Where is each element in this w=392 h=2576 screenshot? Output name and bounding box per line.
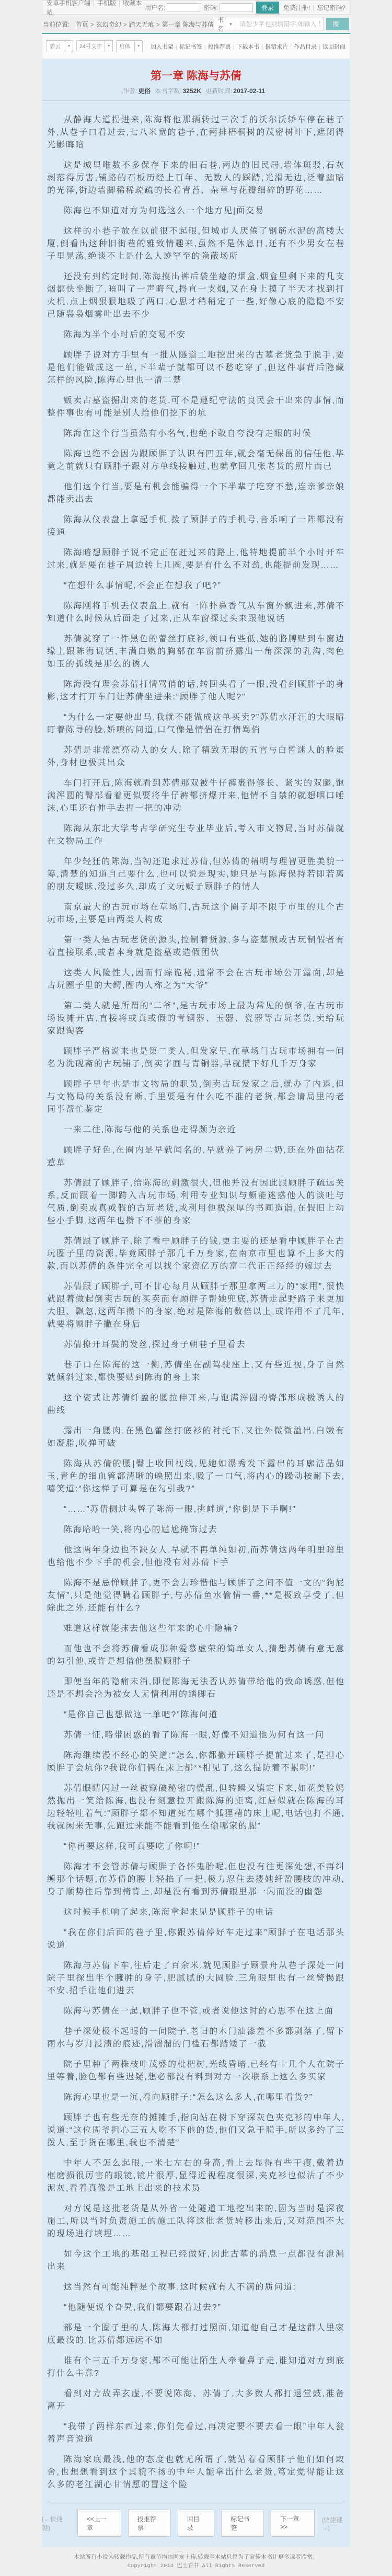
paragraph: 这个姿式让苏倩纤盈的腰拉伸开来,与饱满浑圆的臀部形成极诱人的曲线 xyxy=(47,1392,345,1417)
recommend-ticket-button[interactable]: 投推荐票 xyxy=(128,2510,171,2537)
chevron-down-icon: ▼ xyxy=(105,41,112,52)
separator: | xyxy=(119,0,120,7)
paragraph: “我在你们后面的巷子里,你跟苏倩停好车走过来”顾胖子在电话那头说道 xyxy=(47,1927,345,1952)
paragraph: 陈海哈哈一笑,将内心的尴尬掩饰过去 xyxy=(47,1524,345,1536)
chapter-title: 第一章 陈海与苏倩 xyxy=(42,59,350,86)
paragraph: 顾胖子早年也是市文物局的职员,倒卖古玩发家之后,就办了内退,但与文物局的关系没有… xyxy=(47,1078,345,1116)
paragraph: 露出一角腰肉,在黑色蕾丝打底衫的衬托下,又往外微微溢出,白嫩有如凝脂,吹弹可破 xyxy=(47,1425,345,1450)
paragraph: 谁有个三五千万身家,都不可能让陌生人牵着鼻子走,谁知道对方到底打什么主意? xyxy=(47,2355,345,2380)
paragraph: 陈海为半个小时后的交易不安 xyxy=(47,329,345,341)
pager: (←快捷键) <<上一章投推荐票回目录标记书签下一章>> (快捷键→) xyxy=(42,2502,350,2546)
paragraph: 年少轻狂的陈海,当初还追求过苏倩,但苏倩的精明与理智更胜美貌一筹,清楚的知道自己… xyxy=(47,856,345,893)
password-label: 密码: xyxy=(203,3,217,12)
paragraph: 苏倩跟了顾胖子,给陈海的刺激很大,但他并没有因此跟顾胖子疏远关系,反而跟着一脚跨… xyxy=(47,1177,345,1227)
paragraph: 陈海没有理会苏倩打情骂俏的话,转回头看了一眼,没看到顾胖子的身影,这才打开车门让… xyxy=(47,678,345,704)
toolbar-links: 加入书架|标记书签|投推荐票|下载本书|报错求片|作品目录|返回封面 xyxy=(151,42,345,51)
main-panel: 碧云 ▼ 24号文字 ▼ 启体 ▼ 加入书架|标记书签|投推荐票|下载本书|报错… xyxy=(42,33,350,2547)
page-container: 安卓手机客户端|手机版|收藏本站 用户名: 密码: 登录 免费注册! | 忘记密… xyxy=(42,0,350,2576)
paragraph: “……”苏倩侧过头瞥了陈海一眼,挑衅道,“你倒是下手啊!” xyxy=(47,1503,345,1516)
separator: | xyxy=(204,44,206,50)
search-button[interactable]: 搜索 xyxy=(326,18,349,30)
paragraph: 陈海也绝不会因为跟顾胖子认识有四五年,就会毫无保留的信任他,毕竟之前就只有顾胖子… xyxy=(47,448,345,473)
search-category-select[interactable]: 书名 ▼ xyxy=(214,18,236,30)
next-chapter-button[interactable]: 下一章>> xyxy=(271,2510,315,2537)
paragraph: 即便当年的隐痛未消,即便陈海无法否认苏倩带给他的致命诱惑,但他还是不想会沦为被女… xyxy=(47,1676,345,1701)
chevron-down-icon: ▼ xyxy=(65,41,73,52)
paragraph: 陈海家底最浅,他的态度也就无所谓了,就站着看顾胖子他们如何取舍,也想想看到这个其… xyxy=(47,2454,345,2491)
breadcrumb-separator: > xyxy=(90,21,94,28)
paragraph: 陈海才不会管苏倩与顾胖子各怀鬼胎呢,但也没有往更深处想,不再纠缠那个话题,在苏倩… xyxy=(47,1861,345,1899)
reader-toolbar: 碧云 ▼ 24号文字 ▼ 启体 ▼ 加入书架|标记书签|投推荐票|下载本书|报错… xyxy=(42,34,350,59)
paragraph: 陈海在这个行当虽然有小名气,也绝不敢自夸没有走眼的时候 xyxy=(47,428,345,440)
paragraph: 陈海与苏倩在一起,顾胖子也不管,或者说他这时的心思不在这上面 xyxy=(47,2005,345,2018)
paragraph: 陈海从仪表盘上拿起手机,拨了顾胖子的手机号,音乐响了一阵都没有接通 xyxy=(47,514,345,539)
paragraph: 一来二往,陈海与他的关系也走得颇为亲近 xyxy=(47,1124,345,1136)
breadcrumb-item-3[interactable]: 踏天无痕 xyxy=(129,21,154,28)
paragraph: 第一类人是古玩老货的源头,控制着货源,多与盗墓贼或古玩制假者有着直接联系,或者本… xyxy=(47,934,345,959)
paragraph: 陈海刚将手机丢仪表盘上,就有一阵扑鼻香气从车窗外飘进来,苏倩不知道什么时候从后面… xyxy=(47,600,345,625)
pager-buttons: <<上一章投推荐票回目录标记书签下一章>> xyxy=(77,2510,315,2537)
paragraph: 车门打开后,陈海就看到苏倩那双被牛仔裤裹得修长、紧实的双腿,饱满浑圆的臀部看着更… xyxy=(47,777,345,815)
breadcrumb-separator: > xyxy=(156,21,160,28)
toolbar-link-3[interactable]: 投推荐票 xyxy=(208,44,231,50)
toolbar-link-7[interactable]: 返回封面 xyxy=(322,44,345,50)
paragraph: 陈海与苏倩下车,往后走了百余米,就见顾胖子顾景舟从巷子深处一间院子里探出半个臃肿… xyxy=(47,1960,345,1997)
separator: | xyxy=(313,4,314,11)
updated-value: 2017-02-11 xyxy=(233,87,265,95)
paragraph: 顾胖子严格说来也是第二类人,但发家早,在草场门古玩市场拥有一间名为洗砚斋的古玩铺… xyxy=(47,1045,345,1071)
breadcrumb-item-2[interactable]: 玄幻奇幻 xyxy=(96,21,121,28)
paragraph: 这当然有可能纯粹是个故事,这时候就有人不满的质问道: xyxy=(47,2281,345,2294)
paragraph: 他这两年身边也不缺女人,早就不再单纯如初,而苏倩这两年明里暗里也给他不少下手的机… xyxy=(47,1544,345,1569)
paragraph: “我带了两样东西过来,你们先看过,再决定要不要去看一眼”中年人瓮着声音说道 xyxy=(47,2421,345,2446)
footer-copyright: Copyright 2014 巴士看书 All Rights Reserved xyxy=(42,2562,350,2571)
search-bar: 书名 ▼ 搜索 xyxy=(214,18,349,30)
author-label: 作者: xyxy=(123,87,137,95)
paragraph: 陈海从苏倩的腰|臀上收回视线,见她如瀑秀发下露出的耳廓洁晶如玉,青色的细血管都清… xyxy=(47,1458,345,1496)
chapter-meta: 作者:更俗本书字数:3252K更新时间:2017-02-11 xyxy=(42,86,350,100)
updated-label: 更新时间: xyxy=(205,87,232,95)
fontsize-select[interactable]: 24号文字 ▼ xyxy=(76,40,113,52)
paragraph: “为什么一定要他出马,我就不能做成这单买卖?”苏倩水汪汪的大眼睛盯着陈寻的脸,娇… xyxy=(47,711,345,737)
paragraph: 如今这个工地的基础工程已经做好,因此古墓的消息一点都没有泄漏出来 xyxy=(47,2248,345,2273)
reading-area: 第一章 陈海与苏倩 作者:更俗本书字数:3252K更新时间:2017-02-11… xyxy=(42,59,350,2546)
paragraph: “你再要这样,我可真要吃了你啊!” xyxy=(47,1841,345,1853)
breadcrumb-row: 当前位置: 首页>玄幻奇幻>踏天无痕>第一章 陈海与苏倩 书名 ▼ 搜索 xyxy=(42,15,350,33)
paragraph: 陈海心里也是一沉,看向顾胖子:“怎么这么多人,在哪里看货?” xyxy=(47,2091,345,2104)
paragraph: 顾胖子也有些无奈的摊摊手,指向站在树下穿深灰色夹克衫的中年人,说道:“这位周爷担… xyxy=(47,2112,345,2149)
wordcount-label: 本书字数: xyxy=(155,87,181,95)
paragraph: 还没有到约定时间,陈海摸出裤后袋坐瘪的烟盒,烟盒里剩下来的几支烟都快坐断了,暗叫… xyxy=(47,271,345,321)
breadcrumb-item-4: 第一章 陈海与苏倩 xyxy=(162,21,214,28)
paragraph: 陈海也不知道对方为何选这么一个地方见|面交易 xyxy=(47,205,345,217)
login-form: 用户名: 密码: 登录 免费注册! | 忘记密码? xyxy=(145,2,345,14)
forgot-password-link[interactable]: 忘记密码? xyxy=(317,3,345,12)
separator: | xyxy=(233,44,235,50)
paragraph: 陈海继续漫不经心的笑道:“怎么,你都撇开顾胖子提前过来了,是担心顾胖子会坑你?我… xyxy=(47,1750,345,1775)
chevron-down-icon: ▼ xyxy=(134,41,142,52)
fontface-select[interactable]: 启体 ▼ xyxy=(116,40,143,52)
toolbar-link-1[interactable]: 加入书架 xyxy=(151,44,174,50)
breadcrumb-label: 当前位置: xyxy=(43,21,70,28)
theme-select[interactable]: 碧云 ▼ xyxy=(47,40,73,52)
paragraph: 苏倩撩开耳鬓的发丝,探过身子朝巷子里看去 xyxy=(47,1339,345,1351)
paragraph: “是你自己也想做这一单吧?”陈海问道 xyxy=(47,1709,345,1721)
prev-hotkey-hint: (←快捷键) xyxy=(42,2514,71,2532)
toolbar-link-5[interactable]: 报错求片 xyxy=(265,44,288,50)
breadcrumb: 当前位置: 首页>玄幻奇幻>踏天无痕>第一章 陈海与苏倩 xyxy=(43,20,214,29)
paragraph: “他随便说个旮旯,我们都要跟着过去?” xyxy=(47,2302,345,2314)
topbar-links: 安卓手机客户端|手机版|收藏本站 xyxy=(47,0,145,16)
register-link[interactable]: 免费注册! xyxy=(283,3,310,12)
username-label: 用户名: xyxy=(145,3,165,12)
paragraph: 陈海暗想顾胖子说不定正在赶过来的路上,他特地提前半个小时开车过来,就是要在巷子周… xyxy=(47,547,345,572)
topbar-link-2[interactable]: 手机版 xyxy=(97,0,116,7)
paragraph: 苏倩是非常漂亮动人的女人,除了精致无瑕的五官与白皙迷人的脸蛋外,身材也极其出众 xyxy=(47,744,345,769)
search-input[interactable] xyxy=(236,18,324,30)
toolbar-link-2[interactable]: 标记书签 xyxy=(179,44,202,50)
login-button[interactable]: 登录 xyxy=(256,2,279,14)
paragraph: 顾胖子说对方手里有一批从隧道工地挖出来的古墓老货急于脱手,要是他们能做成这一单,… xyxy=(47,349,345,387)
separator: | xyxy=(93,0,95,7)
paragraph: 这是城里唯数不多保存下来的旧石巷,两边的旧民居,墙体斑驳,石灰剥落得厉害,铺路的… xyxy=(47,159,345,197)
fontface-select-value: 启体 xyxy=(117,42,134,50)
bookmark-button[interactable]: 标记书签 xyxy=(221,2510,264,2537)
paragraph: 顾胖子好色,在圈内是早就闻名的,早就养了两房二奶,还在外面拈花惹草 xyxy=(47,1144,345,1169)
search-category-label: 书名 xyxy=(217,15,226,33)
separator: | xyxy=(176,44,177,50)
separator: | xyxy=(261,44,263,50)
paragraph: 苏倩跟了顾胖子,除了看中顾胖子的钱,更主要的还是看中顾胖子在古玩圈子里的资源,毕… xyxy=(47,1235,345,1273)
password-input[interactable] xyxy=(220,3,253,12)
paragraph: 巷子口在陈海的这一侧,苏倩坐在副驾驶座上,又有些近视,身子自然就倾斜过来,都快要… xyxy=(47,1359,345,1384)
paragraph: 贩卖古墓盗掘出来的老货,可不是遵纪守法的良民会干出来的事情,而整件事也有可能是别… xyxy=(47,395,345,420)
fontsize-select-value: 24号文字 xyxy=(77,42,105,50)
paragraph: 陈海从东北大学考古学研究生专业毕业后,考入市文物局,当时苏倩就在文物局工作 xyxy=(47,823,345,848)
paragraph: 巷子深处极不起眼的一间院子,老旧的木门油漆差不多都剥落了,留下雨水与岁月浸渍的痕… xyxy=(47,2026,345,2051)
separator: | xyxy=(319,44,320,50)
footer-disclaimer: 本站所有小说为转载作品,所有章节均由网友上传,转载至本站只是为了宣传本书让更多读… xyxy=(42,2553,350,2562)
separator: | xyxy=(290,44,292,50)
toolbar-link-6[interactable]: 作品目录 xyxy=(294,44,317,50)
topbar-link-1[interactable]: 安卓手机客户端 xyxy=(47,0,90,7)
paragraph: 苏倩一怔,略带困惑的看了陈海一眼,好像不知道他为何有这一问 xyxy=(47,1729,345,1742)
topbar: 安卓手机客户端|手机版|收藏本站 用户名: 密码: 登录 免费注册! | 忘记密… xyxy=(42,0,350,15)
breadcrumb-item-1[interactable]: 首页 xyxy=(76,21,88,28)
breadcrumb-items: 首页>玄幻奇幻>踏天无痕>第一章 陈海与苏倩 xyxy=(72,21,214,28)
paragraph: 看到对方故弄玄虚,不要说陈海、苏倩了,大多数人都打退堂鼓,准备离开 xyxy=(47,2388,345,2413)
breadcrumb-separator: > xyxy=(123,21,127,28)
back-to-toc-button[interactable]: 回目录 xyxy=(178,2510,215,2537)
paragraph: 苏倩眼睛闪过一丝被窥破秘密的慌乱,但转瞬又镇定下来,如花美脸嫣然抛出一笑给陈海,… xyxy=(47,1782,345,1833)
paragraph: 第二类人就是所谓的“二爷”,是古玩市场上最为常见的倒爷,在古玩市场设摊开店,直接… xyxy=(47,1000,345,1038)
footer: 本站所有小说为转载作品,所有章节均由网友上传,转载至本站只是为了宣传本书让更多读… xyxy=(42,2547,350,2576)
paragraph: 这样的小巷子放在以前很不起眼,但城市人厌倦了钢筋水泥的高楼大厦,倒看出这种旧街巷… xyxy=(47,225,345,263)
next-hotkey-hint: (快捷键→) xyxy=(321,2515,350,2532)
paragraph: 这类人风险性大,因而行踪诡秘,通常不会在古玩市场公开露面,却是古玩圈子里的大鳄,… xyxy=(47,967,345,992)
prev-chapter-button[interactable]: <<上一章 xyxy=(77,2510,121,2537)
wordcount-value: 3252K xyxy=(183,87,201,95)
chapter-content: 从静海大道拐进来,陈海将他那辆转过三次手的沃尔沃轿车停在巷子外,从巷子口看过去,… xyxy=(42,101,350,2491)
chevron-down-icon: ▼ xyxy=(229,22,233,27)
paragraph: 难道这样就能抹去他这些年来的心中隐痛? xyxy=(47,1623,345,1635)
paragraph: 他们这个行当,要是有机会能骗得一个下半辈子吃穿不愁,连亲爹亲娘都能卖出去 xyxy=(47,481,345,506)
paragraph: 中年人不怎么起眼,一米七左右的身高,看上去显得有些干瘦,戴着边框磨损很厉害的眼镜… xyxy=(47,2157,345,2195)
paragraph: 而他也不会将苏倩看成那种爱慕虚荣的简单女人,猜想苏倩有意无意的勾引他,或许是想借… xyxy=(47,1643,345,1668)
paragraph: 对方说是这批老货是从外省一处隧道工地挖出来的,因为当时是深夜施工,所以当时负责施… xyxy=(47,2203,345,2240)
reader-settings: 碧云 ▼ 24号文字 ▼ 启体 ▼ xyxy=(47,40,143,52)
paragraph: 苏倩跟了顾胖子,可不甘心每月从顾胖子那里拿两三万的“家用”,很快就跟着做起倒卖古… xyxy=(47,1281,345,1331)
author-value: 更俗 xyxy=(138,87,151,95)
paragraph: 从静海大道拐进来,陈海将他那辆转过三次手的沃尔沃轿车停在巷子外,从巷子口看过去,… xyxy=(47,114,345,152)
theme-select-value: 碧云 xyxy=(47,42,65,50)
paragraph: 苏倩就穿了一件黑色的蕾丝打底衫,领口有些低,她的胳膊贴到车窗边缘上跟陈海说话,丰… xyxy=(47,633,345,671)
paragraph: “在想什么事情呢,不会正在想我了吧?” xyxy=(47,580,345,592)
paragraph: 院子里种了两株枝叶茂盛的枇杷树,光线昏暗,已经有十几个人在院子里等着,脸色都有些… xyxy=(47,2058,345,2084)
paragraph: 南京最大的古玩市场在草场门,古玩这个圈子却不限于市里的几个古玩市场,主要是由两类… xyxy=(47,901,345,926)
toolbar-link-4[interactable]: 下载本书 xyxy=(236,44,259,50)
paragraph: 都是一个圈子里的人,陈海大都打过照面,知道他自己才是这群人里家底最浅的,比苏倩都… xyxy=(47,2322,345,2347)
paragraph: 这时候手机响了起来,陈海拿起来见是顾胖子的电话 xyxy=(47,1906,345,1919)
paragraph: 陈海不是忌惮顾胖子,更不会去珍惜他与顾胖子之间不值一文的“狗屁友情”,只是他觉得… xyxy=(47,1577,345,1615)
username-input[interactable] xyxy=(167,3,200,12)
